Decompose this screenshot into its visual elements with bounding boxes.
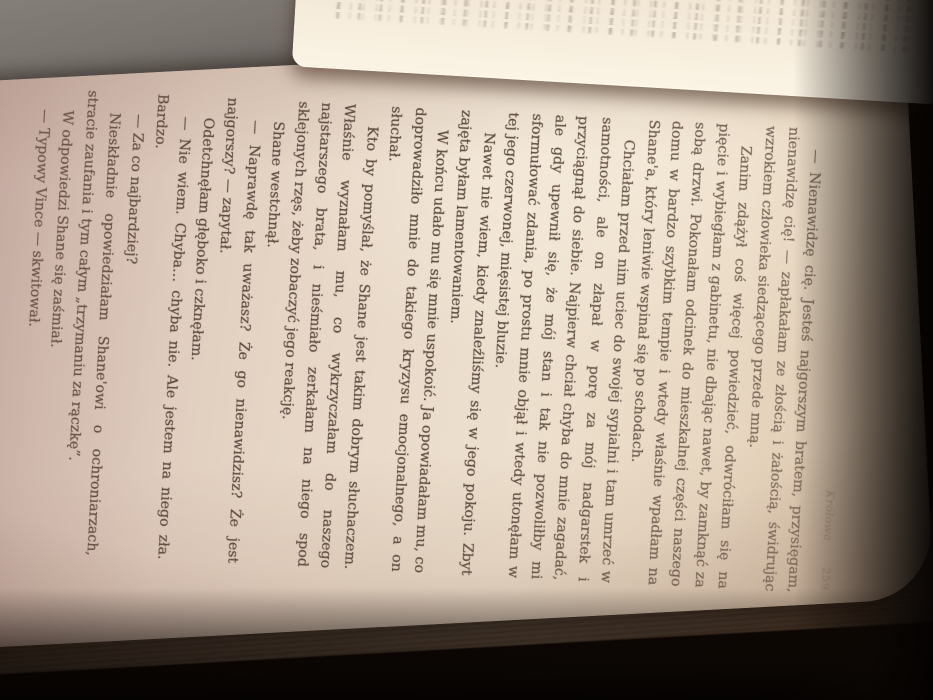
opposite-page-blurred-text	[319, 0, 917, 53]
book-photo: Królowa259 — Nienawidzę cię. Jesteś najg…	[0, 0, 933, 700]
paragraph: Chciałam przed nim uciec do swojej sypia…	[476, 112, 641, 584]
page-number: 259	[818, 567, 833, 591]
open-book-page: Królowa259 — Nienawidzę cię. Jesteś najg…	[0, 33, 933, 649]
paragraph: Zanim zdążył coś więcej powiedzieć, odwr…	[616, 119, 757, 589]
running-header-title: Królowa	[821, 490, 838, 542]
page-text-block: Królowa259 — Nienawidzę cię. Jesteś najg…	[0, 50, 876, 631]
page-body: — Nienawidzę cię. Jesteś najgorszym brat…	[9, 87, 828, 593]
